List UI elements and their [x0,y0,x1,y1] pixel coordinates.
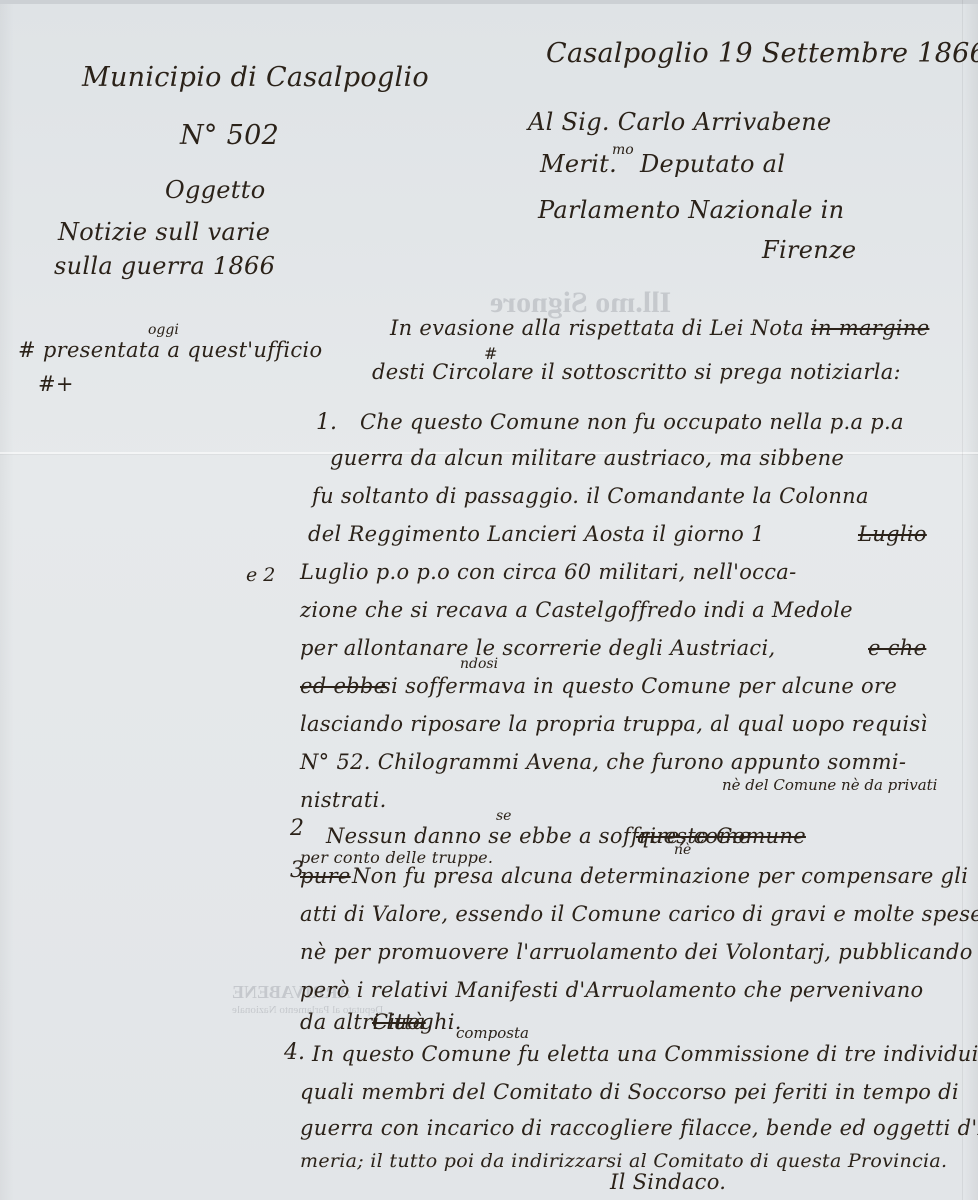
recipient-line-3: Parlamento Nazionale in [538,196,844,224]
margin-note: # presentata a quest'ufficio [18,338,322,362]
signature: Il Sindaco. [610,1170,726,1194]
intro-line-2: desti Circolare il sottoscritto si prega… [372,360,901,384]
item-3-line: Non fu presa alcuna determinazione per c… [352,864,968,888]
intro-line-1: In evasione alla rispettata di Lei Nota … [390,316,929,340]
item-3-line: atti di Valore, essendo il Comune carico… [300,902,978,926]
item-1-margin-note: e 2 [246,564,275,586]
item-1-line: lasciando riposare la propria truppa, al… [300,712,928,736]
intro-text: In evasione alla rispettata di Lei Nota [390,316,804,340]
item-3-line: da altri luoghi. [300,1010,462,1034]
struck-text: pure [300,864,351,888]
item-4-number: 4. [284,1040,305,1065]
item-1-line: zione che si recava a Castelgoffredo ind… [300,598,853,622]
paper-fold-vertical [962,0,963,1200]
item-4-line: quali membri del Comitato di Soccorso pe… [300,1080,959,1104]
item-2-insert: nè del Comune nè da privati [722,776,937,794]
item-4-insert: composta [456,1024,529,1042]
item-4-line: meria; il tutto poi da indirizzarsi al C… [300,1150,947,1172]
paper-top-edge [0,0,978,4]
item-1-line: fu soltanto di passaggio. il Comandante … [312,484,869,508]
item-1-line: Che questo Comune non fu occupato nella … [360,410,904,434]
struck-text: ed ebbe [300,674,386,698]
recipient-line-2-superscript: mo [612,142,634,158]
protocol-number: N° 502 [180,120,279,151]
letter-page: Ill.mo Signore ARRIVABENE Deputato al Pa… [0,0,978,1200]
item-2-number: 2 [290,816,304,841]
item-3-line: nè per promuovere l'arruolamento dei Vol… [300,940,973,964]
recipient-line-2a: Merit. [540,150,617,178]
item-1-line: N° 52. Chilogrammi Avena, che furono app… [300,750,906,774]
item-1-line: Luglio p.o p.o con circa 60 militari, ne… [300,560,796,584]
municipality-heading: Municipio di Casalpoglio [82,62,429,93]
recipient-line-1: Al Sig. Carlo Arrivabene [528,108,832,136]
subject-line-2: sulla guerra 1866 [54,252,275,280]
item-3-line: però i relativi Manifesti d'Arruolamento… [300,978,923,1002]
item-1-line: per allontanare le scorrerie degli Austr… [300,636,775,660]
struck-text: Luglio [858,522,927,546]
recipient-line-4: Firenze [762,236,856,264]
margin-note-mark: #+ [38,372,74,396]
item-1-line: nistrati. [300,788,387,812]
item-1-line: del Reggimento Lancieri Aosta il giorno … [308,522,765,546]
item-1-line: guerra da alcun militare austriaco, ma s… [330,446,844,470]
struck-text: questo Comune [636,824,806,848]
item-4-line: In questo Comune fu eletta una Commissio… [312,1042,978,1066]
item-3-insert-word: nè [674,842,691,858]
bleed-through-salutation: Ill.mo Signore [490,286,671,320]
struck-text: in margine [811,316,930,340]
item-1-line: si soffermava in questo Comune per alcun… [380,674,897,698]
item-2-insert-word: se [496,808,511,824]
subject-line-1: Notizie sull varie [58,218,270,246]
item-1-number: 1. [316,410,337,435]
item-4-line: guerra con incarico di raccogliere filac… [300,1116,978,1140]
subject-label: Oggetto [165,176,265,204]
struck-text: e che [868,636,926,660]
place-date: Casalpoglio 19 Settembre 1866 [546,38,978,69]
margin-note-insert: oggi [148,322,179,338]
item-1-insert: ndosi [460,656,498,672]
recipient-line-2b: Deputato al [640,150,785,178]
